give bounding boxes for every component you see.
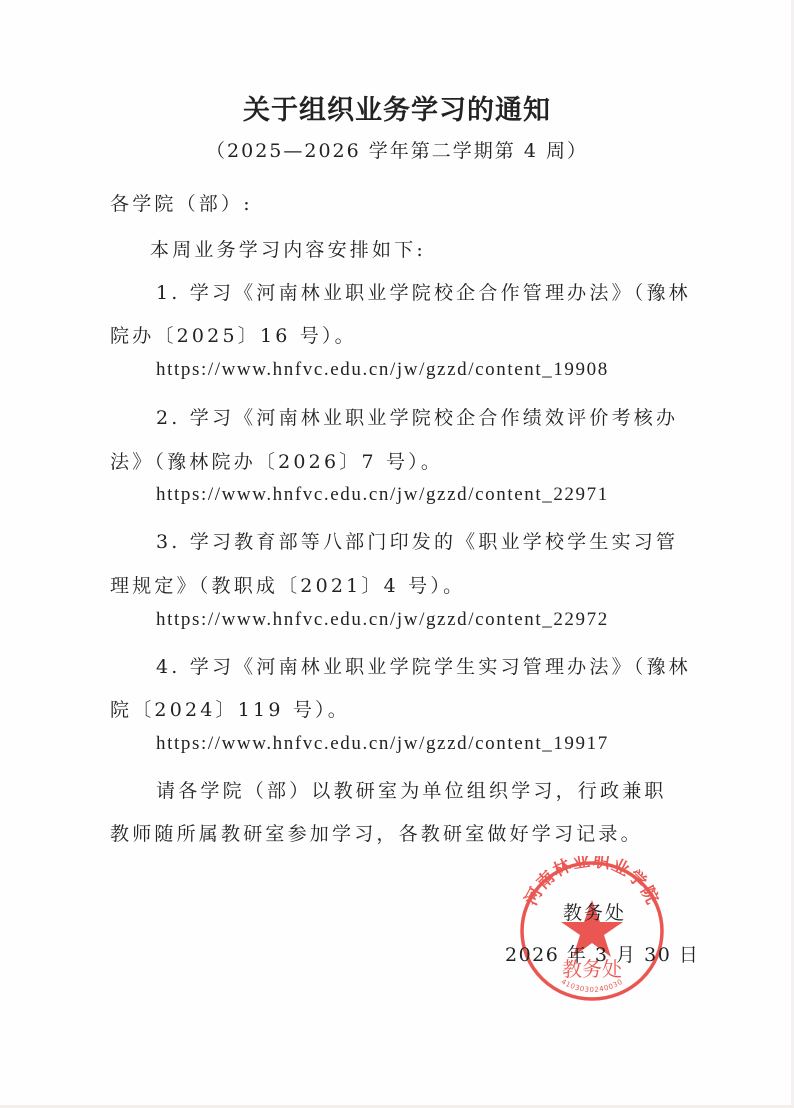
item-1-url-link[interactable]: https://www.hnfvc.edu.cn/jw/gzzd/content… xyxy=(156,359,609,381)
item-1-line-1: 1. 学习《河南林业职业学院校企合作管理办法》（豫林 xyxy=(156,278,691,305)
item-3-line-1: 3. 学习教育部等八部门印发的《职业学校学生实习管 xyxy=(156,527,678,554)
item-4-line-2: 院〔2024〕119 号）。 xyxy=(110,695,350,722)
item-2-url-link[interactable]: https://www.hnfvc.edu.cn/jw/gzzd/content… xyxy=(156,484,609,506)
item-1-line-2: 院办〔2025〕16 号）。 xyxy=(110,321,357,348)
document-title: 关于组织业务学习的通知 xyxy=(0,88,794,127)
item-3-line-2: 理规定》（教职成〔2021〕4 号）。 xyxy=(110,571,465,598)
signature-date: 2026 年 3 月 30 日 xyxy=(505,940,699,967)
salutation: 各学院（部）: xyxy=(110,189,253,216)
closing-line-2: 教师随所属教研室参加学习，各教研室做好学习记录。 xyxy=(110,819,643,846)
item-3-url-link[interactable]: https://www.hnfvc.edu.cn/jw/gzzd/content… xyxy=(156,609,609,631)
signature-issuer: 教务处 xyxy=(563,898,626,925)
document-subtitle: （2025—2026 学年第二学期第 4 周） xyxy=(0,136,794,163)
closing-line-1: 请各学院（部）以教研室为单位组织学习，行政兼职 xyxy=(156,776,667,803)
item-2-line-1: 2. 学习《河南林业职业学院校企合作绩效评价考核办 xyxy=(156,403,678,430)
item-4-line-1: 4. 学习《河南林业职业学院学生实习管理办法》（豫林 xyxy=(156,652,691,679)
intro-text: 本周业务学习内容安排如下: xyxy=(150,235,426,262)
item-4-url-link[interactable]: https://www.hnfvc.edu.cn/jw/gzzd/content… xyxy=(156,733,609,755)
document-page: 关于组织业务学习的通知 （2025—2026 学年第二学期第 4 周） 各学院（… xyxy=(0,0,794,1108)
official-seal-icon: 河南林业职业学院 教务处 4103030240030 xyxy=(512,856,672,1006)
item-2-line-2: 法》（豫林院办〔2026〕7 号）。 xyxy=(110,447,443,474)
